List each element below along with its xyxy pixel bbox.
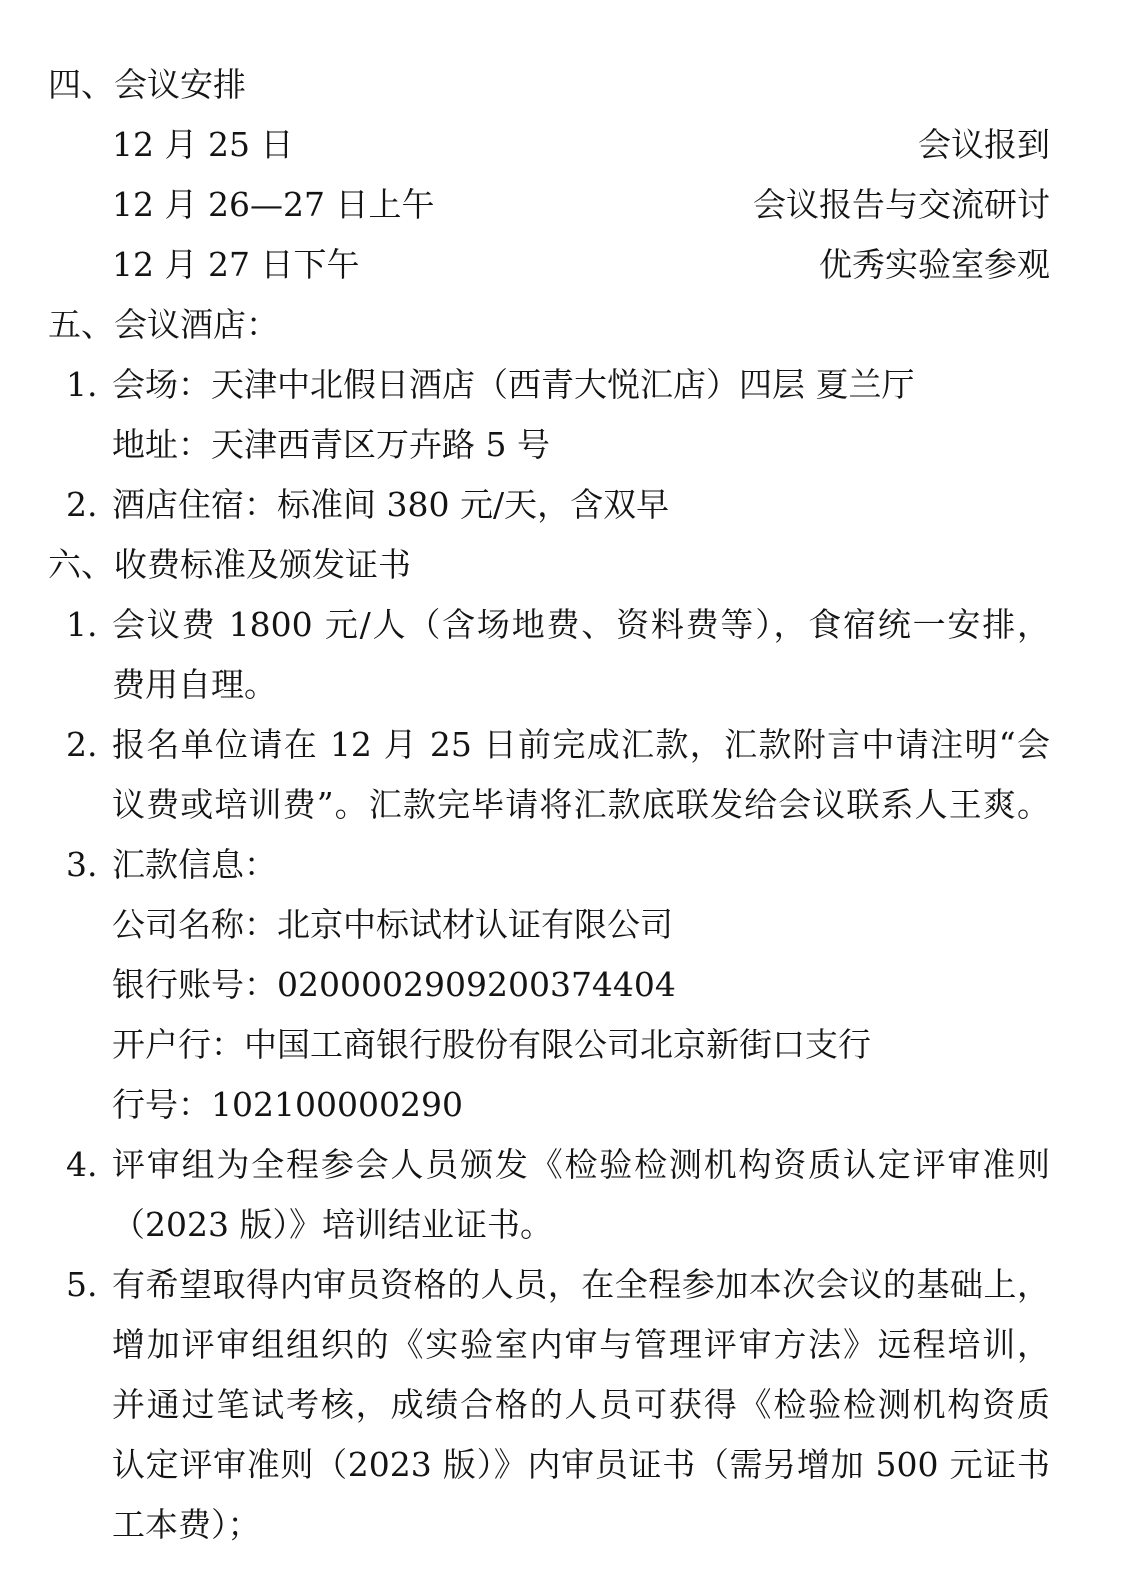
auditor-line: 认定评审准则（2023 版）》内审员证书（需另增加 500 元证书 — [112, 1435, 1050, 1495]
auditor-line: 工本费）； — [112, 1495, 1050, 1555]
schedule-time: 12 月 25 日 — [112, 115, 293, 175]
remit-company-line: 公司名称：北京中标试材认证有限公司 — [112, 895, 1050, 955]
schedule-time: 12 月 26—27 日上午 — [112, 175, 434, 235]
list-number: 4. — [66, 1135, 98, 1195]
section-4-heading: 四、会议安排 — [0, 55, 1124, 115]
schedule-row: 12 月 27 日下午 优秀实验室参观 — [112, 235, 1050, 295]
remit-info-heading: 汇款信息： — [112, 845, 277, 884]
lodging-line: 酒店住宿：标准间 380 元/天，含双早 — [112, 485, 669, 524]
venue-address-line: 地址：天津西青区万卉路 5 号 — [112, 415, 1050, 475]
venue-line: 会场：天津中北假日酒店（西青大悦汇店）四层 夏兰厅 — [112, 365, 915, 404]
auditor-line: 增加评审组组织的《实验室内审与管理评审方法》远程培训， — [112, 1315, 1050, 1375]
remittance-note-line: 议费或培训费”。汇款完毕请将汇款底联发给会议联系人王爽。 — [112, 775, 1050, 835]
remit-bank-number-line: 行号：102100000290 — [112, 1075, 1050, 1135]
document-page: 四、会议安排 12 月 25 日 会议报到 12 月 26—27 日上午 会议报… — [0, 0, 1124, 1592]
schedule-row: 12 月 25 日 会议报到 — [112, 115, 1050, 175]
hotel-item-lodging: 2. 酒店住宿：标准间 380 元/天，含双早 — [112, 475, 1050, 535]
auditor-line: 有希望取得内审员资格的人员，在全程参加本次会议的基础上， — [112, 1255, 1050, 1315]
schedule-activity: 优秀实验室参观 — [819, 235, 1050, 295]
remit-bank-line: 开户行：中国工商银行股份有限公司北京新街口支行 — [112, 1015, 1050, 1075]
fees-item-3: 3. 汇款信息： — [112, 835, 1050, 895]
schedule-activity: 会议报告与交流研讨 — [753, 175, 1050, 235]
list-number: 1. — [66, 355, 98, 415]
list-number: 2. — [66, 715, 98, 775]
schedule-row: 12 月 26—27 日上午 会议报告与交流研讨 — [112, 175, 1050, 235]
certificate-line: （2023 版）》培训结业证书。 — [112, 1195, 1050, 1255]
fees-line: 费用自理。 — [112, 655, 1050, 715]
list-number: 5. — [66, 1255, 98, 1315]
hotel-item-venue: 1. 会场：天津中北假日酒店（西青大悦汇店）四层 夏兰厅 — [112, 355, 1050, 415]
fees-item-5: 5. 有希望取得内审员资格的人员，在全程参加本次会议的基础上， — [112, 1255, 1050, 1315]
certificate-line: 评审组为全程参会人员颁发《检验检测机构资质认定评审准则 — [112, 1135, 1050, 1195]
list-number: 2. — [66, 475, 98, 535]
fees-item-4: 4. 评审组为全程参会人员颁发《检验检测机构资质认定评审准则 — [112, 1135, 1050, 1195]
fees-line: 会议费 1800 元/人（含场地费、资料费等），食宿统一安排， — [112, 595, 1050, 655]
fees-item-1: 1. 会议费 1800 元/人（含场地费、资料费等），食宿统一安排， — [112, 595, 1050, 655]
fees-item-2: 2. 报名单位请在 12 月 25 日前完成汇款，汇款附言中请注明“会 — [112, 715, 1050, 775]
remittance-note-line: 报名单位请在 12 月 25 日前完成汇款，汇款附言中请注明“会 — [112, 715, 1050, 775]
section-6-heading: 六、收费标准及颁发证书 — [0, 535, 1124, 595]
list-number: 1. — [66, 595, 98, 655]
section-5-heading: 五、会议酒店： — [0, 295, 1124, 355]
list-number: 3. — [66, 835, 98, 895]
remit-account-line: 银行账号：0200002909200374404 — [112, 955, 1050, 1015]
schedule-activity: 会议报到 — [918, 115, 1050, 175]
schedule-time: 12 月 27 日下午 — [112, 235, 359, 295]
auditor-line: 并通过笔试考核，成绩合格的人员可获得《检验检测机构资质 — [112, 1375, 1050, 1435]
